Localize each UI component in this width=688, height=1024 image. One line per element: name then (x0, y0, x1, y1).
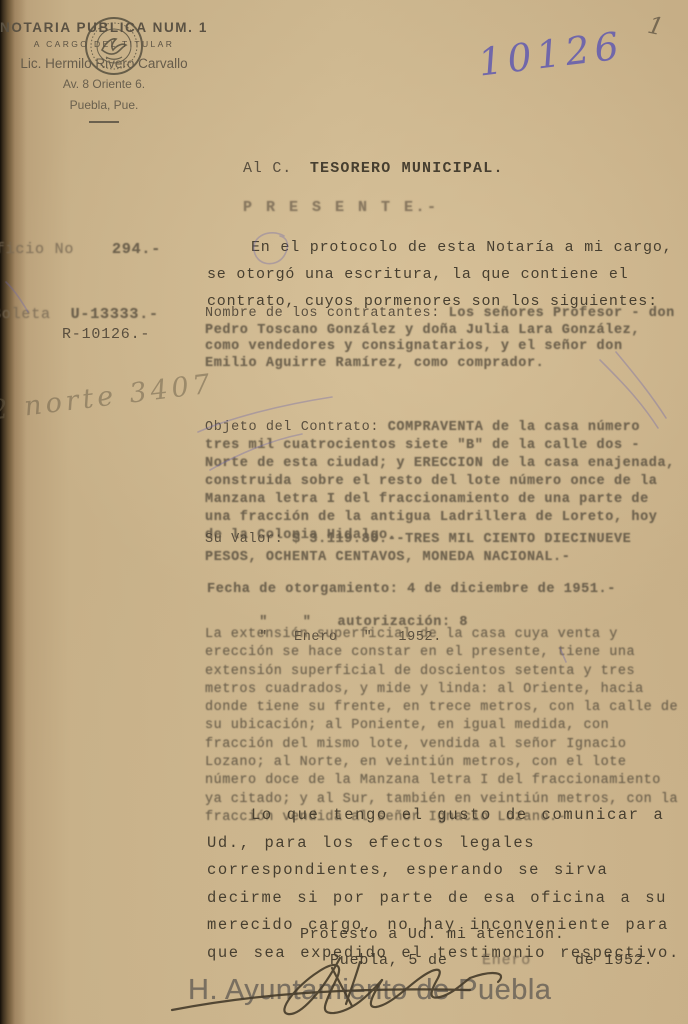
signature (172, 958, 501, 1014)
blue-ink-scribbles (6, 233, 666, 662)
scanned-notarial-letter: NOTARIA PUBLICA NUM. 1 A CARGO DEL TITUL… (0, 0, 688, 1024)
handwriting-overlay (0, 0, 688, 1024)
